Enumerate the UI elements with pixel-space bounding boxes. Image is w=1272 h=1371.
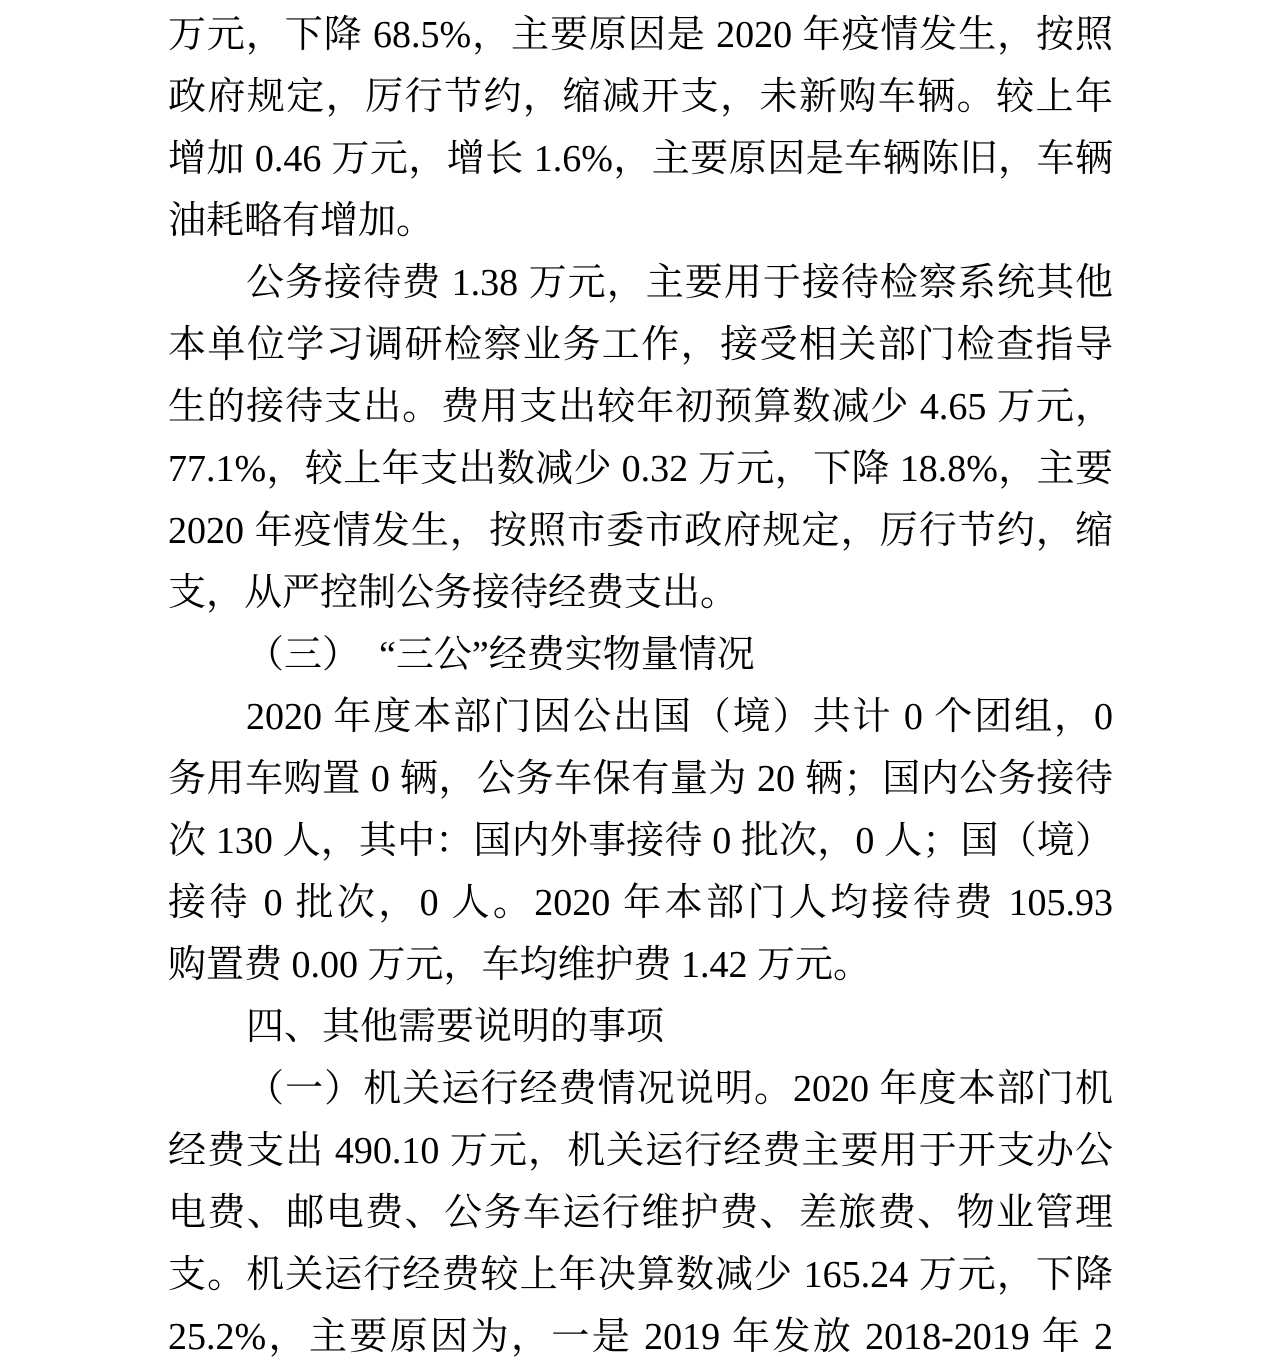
text-line: 万元，下降 68.5%，主要原因是 2020 年疫情发生，按照市委市 bbox=[168, 4, 1113, 66]
text-line: 25.2%，主要原因为，一是 2019 年发放 2018-2019 年 2 年的… bbox=[168, 1306, 1113, 1368]
text-line: 生的接待支出。费用支出较年初预算数减少 4.65 万元，下降 bbox=[168, 376, 1113, 438]
text-line: 支，从严控制公务接待经费支出。 bbox=[168, 562, 1113, 624]
text-line: 务用车购置 0 辆，公务车保有量为 20 辆；国内公务接待 17 批 bbox=[168, 748, 1113, 810]
section-heading-four: 四、其他需要说明的事项 bbox=[168, 996, 1113, 1058]
text-line: 购置费 0.00 万元，车均维护费 1.42 万元。 bbox=[168, 934, 1113, 996]
text-line: 77.1%，较上年支出数减少 0.32 万元，下降 18.8%，主要原因是 bbox=[168, 438, 1113, 500]
text-line: 支。机关运行经费较上年决算数减少 165.24 万元，下降 bbox=[168, 1244, 1113, 1306]
text-line: 次 130 人，其中：国内外事接待 0 批次，0 人；国（境）外公务 bbox=[168, 810, 1113, 872]
text-line: 电费、邮电费、公务车运行维护费、差旅费、物业管理费等开 bbox=[168, 1182, 1113, 1244]
document-page: 万元，下降 68.5%，主要原因是 2020 年疫情发生，按照市委市 政府规定，… bbox=[0, 0, 1272, 1371]
text-line: 公务接待费 1.38 万元，主要用于接待检察系统其他单位到 bbox=[168, 252, 1113, 314]
document-text-block: 万元，下降 68.5%，主要原因是 2020 年疫情发生，按照市委市 政府规定，… bbox=[168, 4, 1113, 1368]
text-line: 增加 0.46 万元，增长 1.6%，主要原因是车辆陈旧，车辆维修及 bbox=[168, 128, 1113, 190]
text-line: 2020 年度本部门因公出国（境）共计 0 个团组，0 人；公 bbox=[168, 686, 1113, 748]
paragraph-three-public-physical-quantities: 2020 年度本部门因公出国（境）共计 0 个团组，0 人；公 务用车购置 0 … bbox=[168, 686, 1113, 996]
text-line: 本单位学习调研检察业务工作，接受相关部门检查指导工作发 bbox=[168, 314, 1113, 376]
text-line: 2020 年疫情发生，按照市委市政府规定，厉行节约，缩减开 bbox=[168, 500, 1113, 562]
text-line: （一）机关运行经费情况说明。2020 年度本部门机关运行 bbox=[168, 1058, 1113, 1120]
text-line: 接待 0 批次，0 人。2020 年本部门人均接待费 105.93 元，车均 bbox=[168, 872, 1113, 934]
section-heading-text: （三） “三公”经费实物量情况 bbox=[168, 624, 1113, 686]
paragraph-official-reception-expense: 公务接待费 1.38 万元，主要用于接待检察系统其他单位到 本单位学习调研检察业… bbox=[168, 252, 1113, 624]
text-line: 经费支出 490.10 万元，机关运行经费主要用于开支办公费、水 bbox=[168, 1120, 1113, 1182]
section-heading-three: （三） “三公”经费实物量情况 bbox=[168, 624, 1113, 686]
text-line: 政府规定，厉行节约，缩减开支，未新购车辆。较上年支出数 bbox=[168, 66, 1113, 128]
paragraph-agency-operating-expense: （一）机关运行经费情况说明。2020 年度本部门机关运行 经费支出 490.10… bbox=[168, 1058, 1113, 1368]
text-line: 油耗略有增加。 bbox=[168, 190, 1113, 252]
paragraph-vehicle-expense-continuation: 万元，下降 68.5%，主要原因是 2020 年疫情发生，按照市委市 政府规定，… bbox=[168, 4, 1113, 252]
section-heading-text: 四、其他需要说明的事项 bbox=[168, 996, 1113, 1058]
